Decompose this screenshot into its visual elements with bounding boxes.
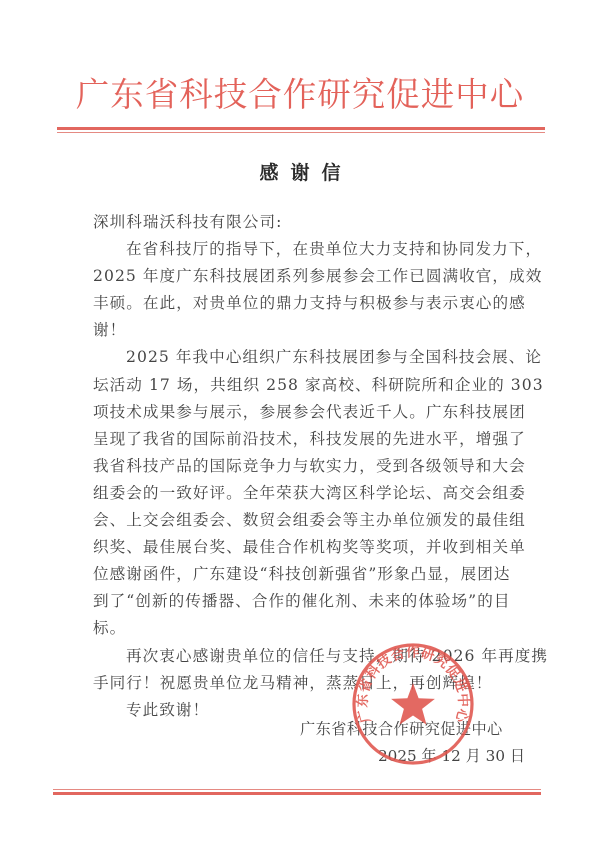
body-line: 标。 xyxy=(93,615,523,642)
divider-thick-line xyxy=(57,127,545,130)
body-line: 丰硕。在此，对贵单位的鼎力支持与积极参与表示衷心的感 xyxy=(93,290,523,317)
body-line: 谢！ xyxy=(93,317,523,344)
official-seal-icon: 广东省科技合作研究促进中心 xyxy=(350,641,476,767)
body-line: 到了“创新的传播器、合作的催化剂、未来的体验场”的目 xyxy=(93,588,523,615)
body-line: 在省科技厅的指导下，在贵单位大力支持和协同发力下， xyxy=(93,236,523,263)
divider-thick-line xyxy=(53,792,541,795)
divider-thin-line xyxy=(57,132,545,133)
letterhead-organization-name: 广东省科技合作研究促进中心 xyxy=(72,72,528,118)
body-line: 位感谢函件，广东建设“科技创新强省”形象凸显，展团达 xyxy=(93,561,523,588)
body-line: 2025 年度广东科技展团系列参展参会工作已圆满收官，成效 xyxy=(93,263,523,290)
footer-divider-bottom xyxy=(53,789,541,797)
document-title: 感谢信 xyxy=(0,160,600,186)
body-line: 组委会的一致好评。全年荣获大湾区科学论坛、高交会组委 xyxy=(93,480,523,507)
body-line: 项技术成果参与展示，参展参会代表近千人。广东科技展团 xyxy=(93,399,523,426)
body-line: 2025 年我中心组织广东科技展团参与全国科技会展、论 xyxy=(93,344,523,371)
salutation: 深圳科瑞沃科技有限公司: xyxy=(93,209,523,236)
body-line: 我省科技产品的国际竞争力与软实力，受到各级领导和大会 xyxy=(93,453,523,480)
body-line: 织奖、最佳展台奖、最佳合作机构奖等奖项，并收到相关单 xyxy=(93,534,523,561)
body-line: 会、上交会组委会、数贸会组委会等主办单位颁发的最佳组 xyxy=(93,507,523,534)
letter-page: 广东省科技合作研究促进中心 感谢信 深圳科瑞沃科技有限公司: 在省科技厅的指导下… xyxy=(0,0,600,849)
letterhead-divider-top xyxy=(57,127,545,135)
divider-thin-line xyxy=(53,789,541,790)
body-line: 呈现了我省的国际前沿技术，科技发展的先进水平，增强了 xyxy=(93,426,523,453)
seal-star-icon xyxy=(391,683,435,725)
body-line: 坛活动 17 场，共组织 258 家高校、科研院所和企业的 303 xyxy=(93,372,523,399)
